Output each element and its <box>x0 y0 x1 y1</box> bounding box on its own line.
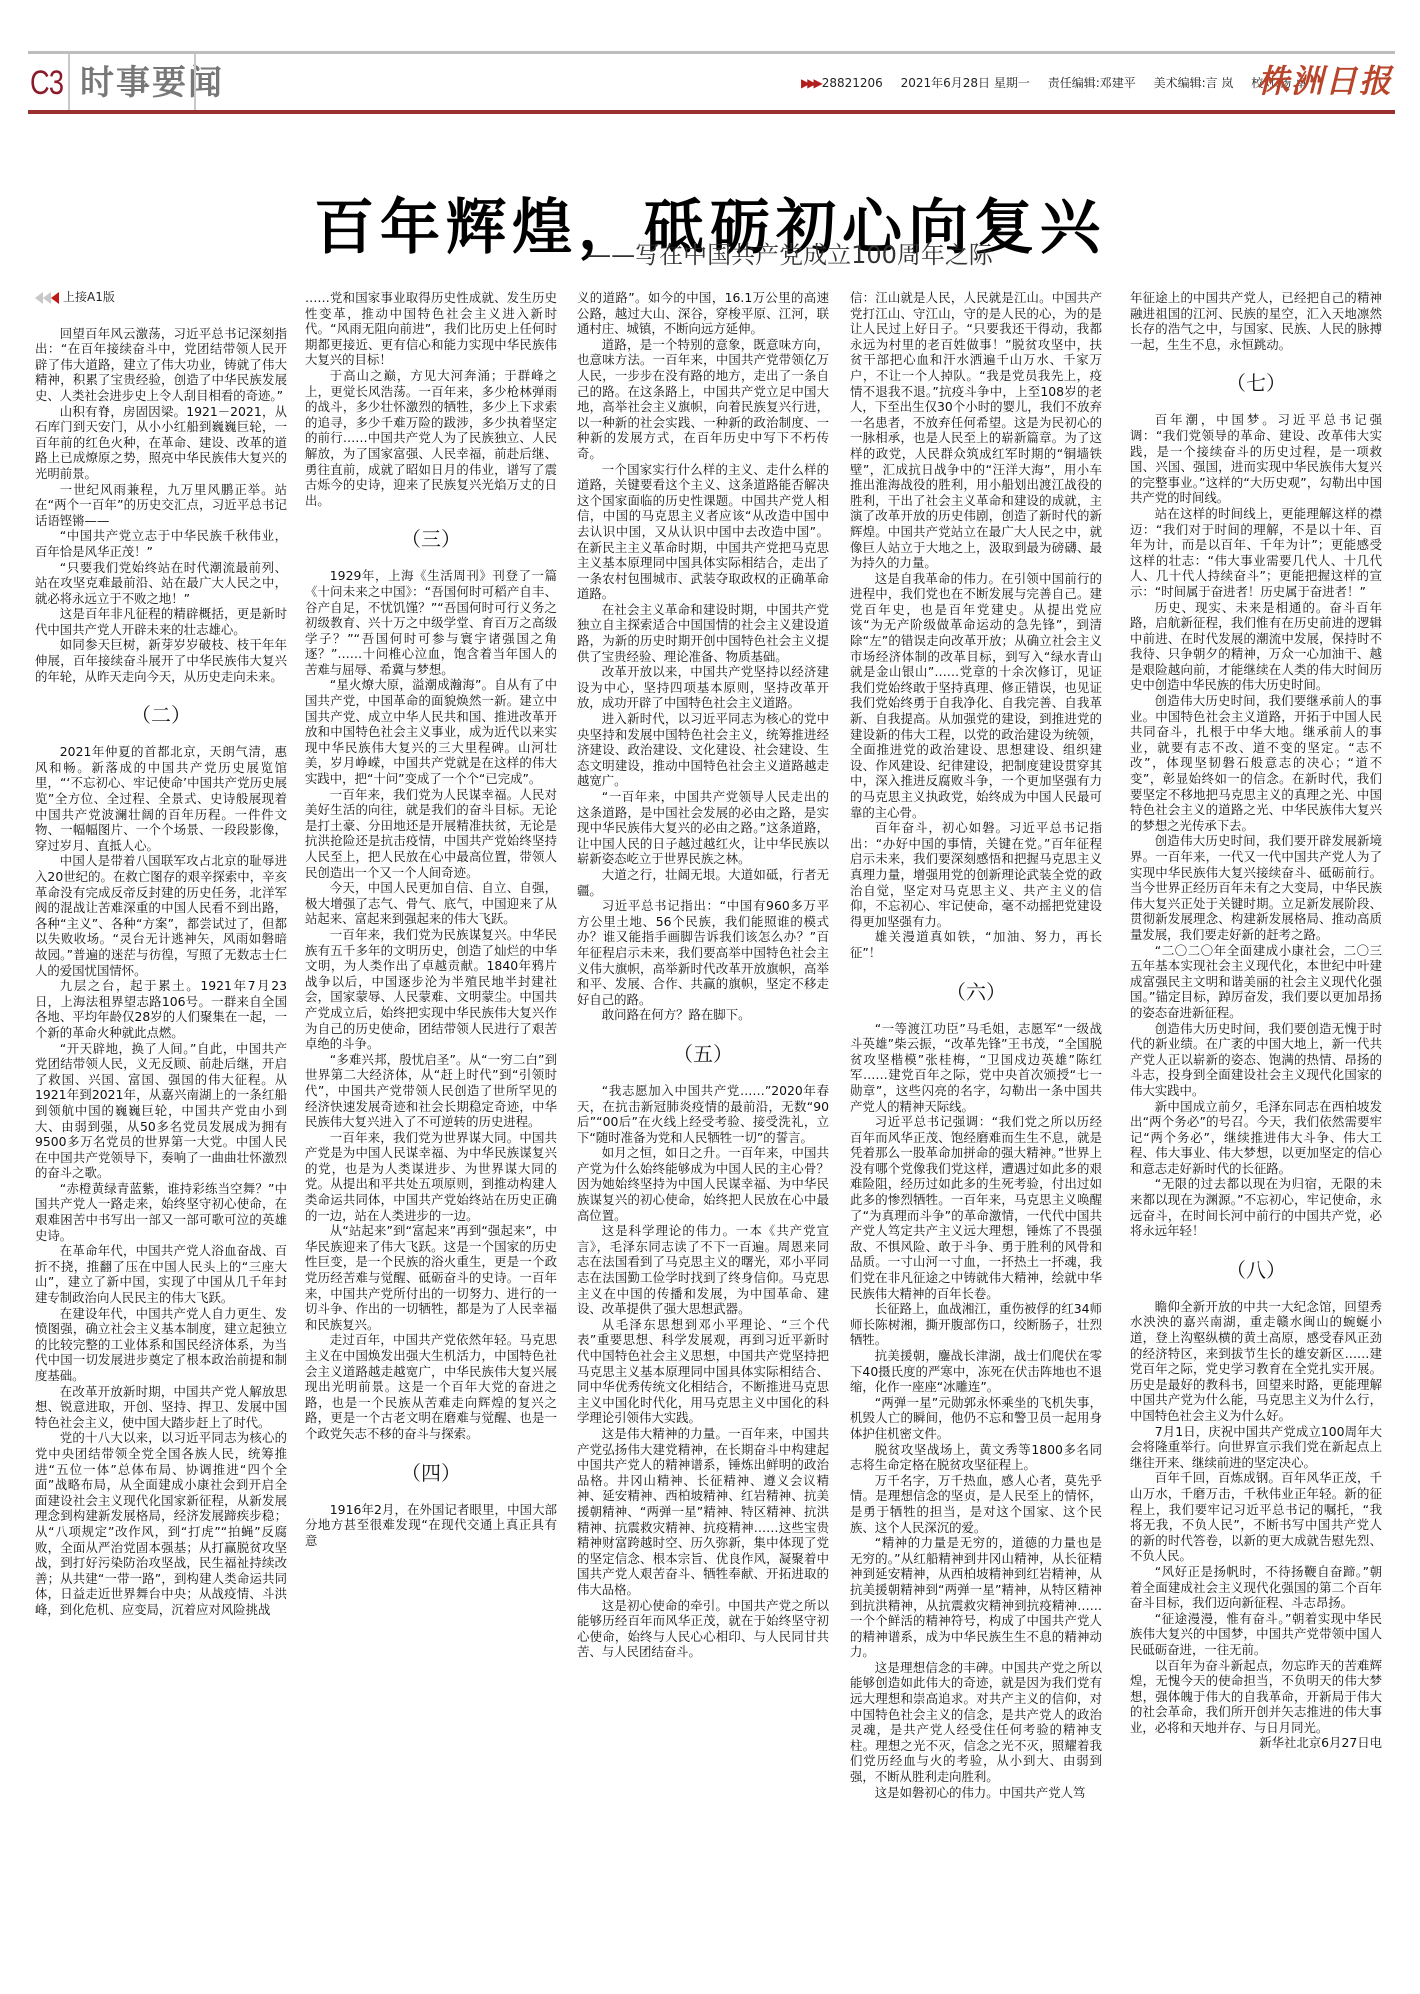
article-paragraph: 如同参天巨树，新芽岁岁破枝、枝干年年伸展，百年接续奋斗展开了中华民族伟大复兴的年… <box>35 637 287 684</box>
section-title: 时事要闻 <box>80 63 224 103</box>
article-paragraph: 历史、现实、未来是相通的。奋斗百年路，启航新征程，我们惟有在历史前进的逻辑中前进… <box>1130 600 1382 694</box>
article-paragraph: 山积有脊，房固因梁。1921－2021，从石库门到天安门，从小小红船到巍巍巨轮，… <box>35 404 287 482</box>
article-paragraph: 这是如磐初心的伟力。中国共产党人笃 <box>850 1785 1102 1801</box>
article-paragraph: 这是自我革命的伟力。在引领中国前行的进程中，我们党也在不断发展与完善自己。建党百… <box>850 571 1102 821</box>
article-paragraph: 创造伟大历史时间，我们要开辟发展新境界。一百年来，一代又一代中国共产党人为了实现… <box>1130 833 1382 942</box>
article-paragraph: 在建设年代，中国共产党人自力更生、发愤图强，确立社会主义基本制度，建立起独立的比… <box>35 1306 287 1384</box>
article-paragraph: 长征路上，血战湘江，重伤被俘的红34师师长陈树湘，撕开腹部伤口，绞断肠子，壮烈牺… <box>850 1301 1102 1348</box>
article-paragraph: 1929年，上海《生活周刊》刊登了一篇《十问未来之中国》：“吾国何时可稻产自丰、… <box>305 568 557 677</box>
article-paragraph: 习近平总书记指出：“中国有960多万平方公里土地、56个民族，我们能照谁的模式办… <box>577 898 829 1007</box>
text-column-4: 信：江山就是人民，人民就是江山。中国共产党打江山、守江山，守的是人民的心，为的是… <box>850 290 1102 1800</box>
article-paragraph: 九层之台，起于累土。1921年7月23日，上海法租界望志路106号。一群来自全国… <box>35 978 287 1040</box>
masthead-divider <box>194 54 196 110</box>
continued-from-label: 上接A1版 <box>63 290 115 306</box>
article-paragraph: 雄关漫道真如铁，“加油、努力，再长征”！ <box>850 929 1102 960</box>
editor-credit: 责任编辑:邓建平 <box>1048 76 1136 90</box>
article-paragraph: 百年潮，中国梦。习近平总书记强调：“我们党领导的革命、建设、改革伟大实践，是一个… <box>1130 412 1382 506</box>
article-paragraph: 于高山之巅，方见大河奔涌；于群峰之上，更觉长风浩荡。一百年来，多少枪林弹雨的战斗… <box>305 368 557 508</box>
article-paragraph: “无限的过去都以现在为归宿，无限的未来都以现在为渊源。”不忘初心，牢记使命，永远… <box>1130 1176 1382 1238</box>
article-paragraph: “开天辟地，换了人间。”自此，中国共产党团结带领人民，义无反顾、前赴后继，开启了… <box>35 1041 287 1181</box>
article-paragraph: 进入新时代，以习近平同志为核心的党中央坚持和发展中国特色社会主义，统筹推进经济建… <box>577 711 829 789</box>
article-paragraph: 站在这样的时间线上，更能理解这样的襟迈：“我们对于时间的理解，不是以十年、百年为… <box>1130 506 1382 600</box>
masthead-divider <box>68 54 70 110</box>
section-number-heading: （四） <box>305 1460 557 1486</box>
article-paragraph: 创造伟大历史时间，我们要继承前人的事业。中国特色社会主义道路，开拓于中国人民共同… <box>1130 693 1382 833</box>
section-number-heading: （七） <box>1130 370 1382 396</box>
section-number-heading: （三） <box>305 526 557 552</box>
article-paragraph: 中国人是带着八国联军攻占北京的耻辱进入20世纪的。在救亡图存的艰辛探索中，辛亥革… <box>35 853 287 978</box>
text-column-1: 上接A1版 回望百年风云激荡，习近平总书记深刻指出：“在百年接续奋斗中，党团结带… <box>35 290 287 1618</box>
article-paragraph: 以百年为奋斗新起点，勿忘昨天的苦难辉煌，无愧今天的使命担当，不负明天的伟大梦想，… <box>1130 1658 1382 1736</box>
article-paragraph: 这是初心使命的牵引。中国共产党之所以能够历经百年而风华正茂，就在于始终坚守初心使… <box>577 1598 829 1660</box>
article-paragraph: “多难兴邦，殷忧启圣”。从“一穷二白”到世界第二大经济体，从“赶上时代”到“引领… <box>305 1052 557 1130</box>
article-paragraph: 义的道路”。如今的中国，16.1万公里的高速公路，越过大山、深谷，穿梭平原、江河… <box>577 290 829 337</box>
newspaper-logo: 株洲日报 <box>1257 59 1393 103</box>
article-paragraph: “风好正是扬帆时，不待扬鞭自奋蹄。”朝着全面建成社会主义现代化强国的第二个百年奋… <box>1130 1564 1382 1611</box>
masthead-info: ▶▶▶28821206 2021年6月28日 星期一 责任编辑:邓建平 美术编辑… <box>801 74 1321 91</box>
article-paragraph: 一百年来，我们党为民族谋复兴。中华民族有五千多年的文明历史，创造了灿烂的中华文明… <box>305 927 557 1052</box>
article-paragraph: 这是理想信念的丰碑。中国共产党之所以能够创造如此伟大的奇迹，就是因为我们党有远大… <box>850 1660 1102 1785</box>
article-paragraph: “中国共产党立志于中华民族千秋伟业，百年恰是风华正茂！” <box>35 528 287 559</box>
masthead-top-rule <box>28 51 1395 54</box>
article-paragraph: 回望百年风云激荡，习近平总书记深刻指出：“在百年接续奋斗中，党团结带领人民开辟了… <box>35 326 287 404</box>
article-paragraph: “两弹一星”元勋郭永怀乘坐的飞机失事，机毁人亡的瞬间，他仍不忘和警卫员一起用身体… <box>850 1395 1102 1442</box>
article-subheadline: ——写在中国共产党成立100周年之际 <box>0 240 1420 270</box>
issue-date: 2021年6月28日 星期一 <box>901 76 1030 90</box>
page-masthead: C3 时事要闻 ▶▶▶28821206 2021年6月28日 星期一 责任编辑:… <box>28 51 1395 115</box>
article-paragraph: “一百年来，中国共产党领导人民走出的这条道路，是中国社会发展的必由之路，是实现中… <box>577 789 829 867</box>
article-paragraph: 这是科学理论的伟力。一本《共产党宣言》，毛泽东同志读了不下一百遍。周恩来同志在法… <box>577 1223 829 1317</box>
article-paragraph: 从“站起来”到“富起来”再到“强起来”，中华民族迎来了伟大飞跃。这是一个国家的历… <box>305 1223 557 1332</box>
article-paragraph: “赤橙黄绿青蓝紫，谁持彩练当空舞？”中国共产党人一路走来，始终坚守初心使命，在艰… <box>35 1181 287 1243</box>
section-number-heading: （六） <box>850 979 1102 1005</box>
text-column-3: 义的道路”。如今的中国，16.1万公里的高速公路，越过大山、深谷，穿梭平原、江河… <box>577 290 829 1660</box>
article-paragraph: 2021年仲夏的首都北京，天朗气清，惠风和畅。新落成的中国共产党历史展览馆里，“… <box>35 744 287 853</box>
article-paragraph: ……党和国家事业取得历史性成就、发生历史性变革，推动中国特色社会主义进入新时代。… <box>305 290 557 368</box>
article-paragraph: 敢问路在何方？路在脚下。 <box>577 1007 829 1023</box>
triple-arrow-icon: ▶▶▶ <box>801 76 820 90</box>
masthead-bottom-rule <box>28 110 1395 114</box>
article-paragraph: 党的十八大以来，以习近平同志为核心的党中央团结带领全党全国各族人民，统筹推进“五… <box>35 1430 287 1617</box>
article-paragraph: 在社会主义革命和建设时期，中国共产党独立自主探索适合中国国情的社会主义建设道路，… <box>577 602 829 664</box>
article-paragraph: 这是伟大精神的力量。一百年来，中国共产党弘扬伟大建党精神，在长期奋斗中构建起中国… <box>577 1426 829 1598</box>
article-paragraph: 一百年来，我们党为人民谋幸福。人民对美好生活的向往，就是我们的奋斗目标。无论是打… <box>305 787 557 881</box>
article-paragraph: 抗美援朝，鏖战长津湖，战士们爬伏在零下40摄氏度的严寒中，冻死在伏击阵地也不退缩… <box>850 1348 1102 1395</box>
article-paragraph: 百年千回，百炼成钢。百年风华正茂，千山万水，千磨万击，千秋伟业正年轻。新的征程上… <box>1130 1470 1382 1564</box>
article-paragraph: 走过百年，中国共产党依然年轻。马克思主义在中国焕发出强大生机活力，中国特色社会主… <box>305 1332 557 1441</box>
text-column-5: 年征途上的中国共产党人，已经把自己的精神融进祖国的江河、民族的星空，汇入天地凛然… <box>1130 290 1382 1751</box>
art-editor-credit: 美术编辑:言 岚 <box>1154 76 1234 90</box>
chevron-left-icon <box>35 292 43 304</box>
article-paragraph: 7月1日，庆祝中国共产党成立100周年大会将隆重举行。向世界宣示我们党在新起点上… <box>1130 1424 1382 1471</box>
article-paragraph: 年征途上的中国共产党人，已经把自己的精神融进祖国的江河、民族的星空，汇入天地凛然… <box>1130 290 1382 352</box>
article-paragraph: 如月之恒，如日之升。一百年来，中国共产党为什么始终能够成为中国人民的主心骨？因为… <box>577 1145 829 1223</box>
article-paragraph: “二〇二〇年全面建成小康社会，二〇三五年基本实现社会主义现代化，本世纪中叶建成富… <box>1130 943 1382 1021</box>
article-paragraph: 脱贫攻坚战场上，黄文秀等1800多名同志将生命定格在脱贫攻坚征程上。 <box>850 1442 1102 1473</box>
article-paragraph: 一个国家实行什么样的主义、走什么样的道路，关键要看这个主义、这条道路能否解决这个… <box>577 462 829 602</box>
page-code: C3 <box>30 63 63 103</box>
article-paragraph: “星火燎大原，溢潮成瀚海”。自从有了中国共产党，中国革命的面貌焕然一新。建立中国… <box>305 677 557 786</box>
chevron-left-icon <box>43 292 51 304</box>
section-number-heading: （五） <box>577 1041 829 1067</box>
article-paragraph: 习近平总书记强调：“我们党之所以历经百年而风华正茂、饱经磨难而生生不息，就是凭着… <box>850 1114 1102 1301</box>
article-paragraph: 瞻仰全新开放的中共一大纪念馆，回望秀水泱泱的嘉兴南湖，重走赣水闽山的蜿蜒小道，登… <box>1130 1299 1382 1424</box>
chevron-left-icon <box>51 292 59 304</box>
article-paragraph: 万千名字，万千热血，感人心者，莫先乎情。是理想信念的坚贞，是人民至上的情怀，是勇… <box>850 1473 1102 1535</box>
article-paragraph: 在改革开放新时期，中国共产党人解放思想、锐意进取，开创、坚持、捍卫、发展中国特色… <box>35 1384 287 1431</box>
section-number-heading: （二） <box>35 702 287 728</box>
article-paragraph: 在革命年代，中国共产党人浴血奋战、百折不挠，推翻了压在中国人民头上的“三座大山”… <box>35 1243 287 1305</box>
continued-from: 上接A1版 <box>35 290 287 306</box>
article-paragraph: 百年奋斗，初心如磐。习近平总书记指出：“办好中国的事情，关键在党。”百年征程启示… <box>850 820 1102 929</box>
article-paragraph: 创造伟大历史时间，我们要创造无愧于时代的新业绩。在广袤的中国大地上，新一代共产党… <box>1130 1021 1382 1099</box>
article-paragraph: 大道之行，壮阔无垠。大道如砥，行者无疆。 <box>577 867 829 898</box>
article-paragraph: 新中国成立前夕，毛泽东同志在西柏坡发出“两个务必”的号召。今天，我们依然需要牢记… <box>1130 1099 1382 1177</box>
text-column-2: ……党和国家事业取得历史性成就、发生历史性变革，推动中国特色社会主义进入新时代。… <box>305 290 557 1548</box>
article-paragraph: 今天，中国人民更加自信、自立、自强，极大增强了志气、骨气、底气，中国迎来了从站起… <box>305 880 557 927</box>
article-paragraph: 信：江山就是人民，人民就是江山。中国共产党打江山、守江山，守的是人民的心，为的是… <box>850 290 1102 571</box>
article-paragraph: “精神的力量是无穷的，道德的力量也是无穷的。”从红船精神到井冈山精神，从长征精神… <box>850 1535 1102 1660</box>
section-number-heading: （八） <box>1130 1257 1382 1283</box>
article-paragraph: 道路，是一个特别的意象，既意味方向，也意味方法。一百年来，中国共产党带领亿万人民… <box>577 337 829 462</box>
article-paragraph: 一世纪风雨兼程，九万里风鹏正举。站在“两个一百年”的历史交汇点，习近平总书记话语… <box>35 482 287 529</box>
article-dateline: 新华社北京6月27日电 <box>1130 1735 1382 1751</box>
article-paragraph: 改革开放以来，中国共产党坚持以经济建设为中心，坚持四项基本原则，坚持改革开放，成… <box>577 664 829 711</box>
article-paragraph: 这是百年非凡征程的精辟概括，更是新时代中国共产党人开辟未来的壮志雄心。 <box>35 606 287 637</box>
article-paragraph: 1916年2月，在外国记者眼里，中国大部分地方甚至很难发现“在现代交通上真正具有… <box>305 1502 557 1549</box>
article-paragraph: 从毛泽东思想到邓小平理论、“三个代表”重要思想、科学发展观，再到习近平新时代中国… <box>577 1317 829 1426</box>
article-paragraph: “征途漫漫，惟有奋斗。”朝着实现中华民族伟大复兴的中国梦，中国共产党带领中国人民… <box>1130 1611 1382 1658</box>
article-paragraph: “一等渡江功臣”马毛姐，志愿军“一级战斗英雄”柴云振，“改革先锋”王书茂，“全国… <box>850 1021 1102 1115</box>
article-paragraph: “我志愿加入中国共产党……”2020年春天，在抗击新冠肺炎疫情的最前沿，无数“9… <box>577 1083 829 1145</box>
article-paragraph: “只要我们党始终站在时代潮流最前列、站在攻坚克难最前沿、站在最广大人民之中，就必… <box>35 560 287 607</box>
hotline-number: 28821206 <box>822 76 883 90</box>
article-paragraph: 一百年来，我们党为世界谋大同。中国共产党是为中国人民谋幸福、为中华民族谋复兴的党… <box>305 1130 557 1224</box>
